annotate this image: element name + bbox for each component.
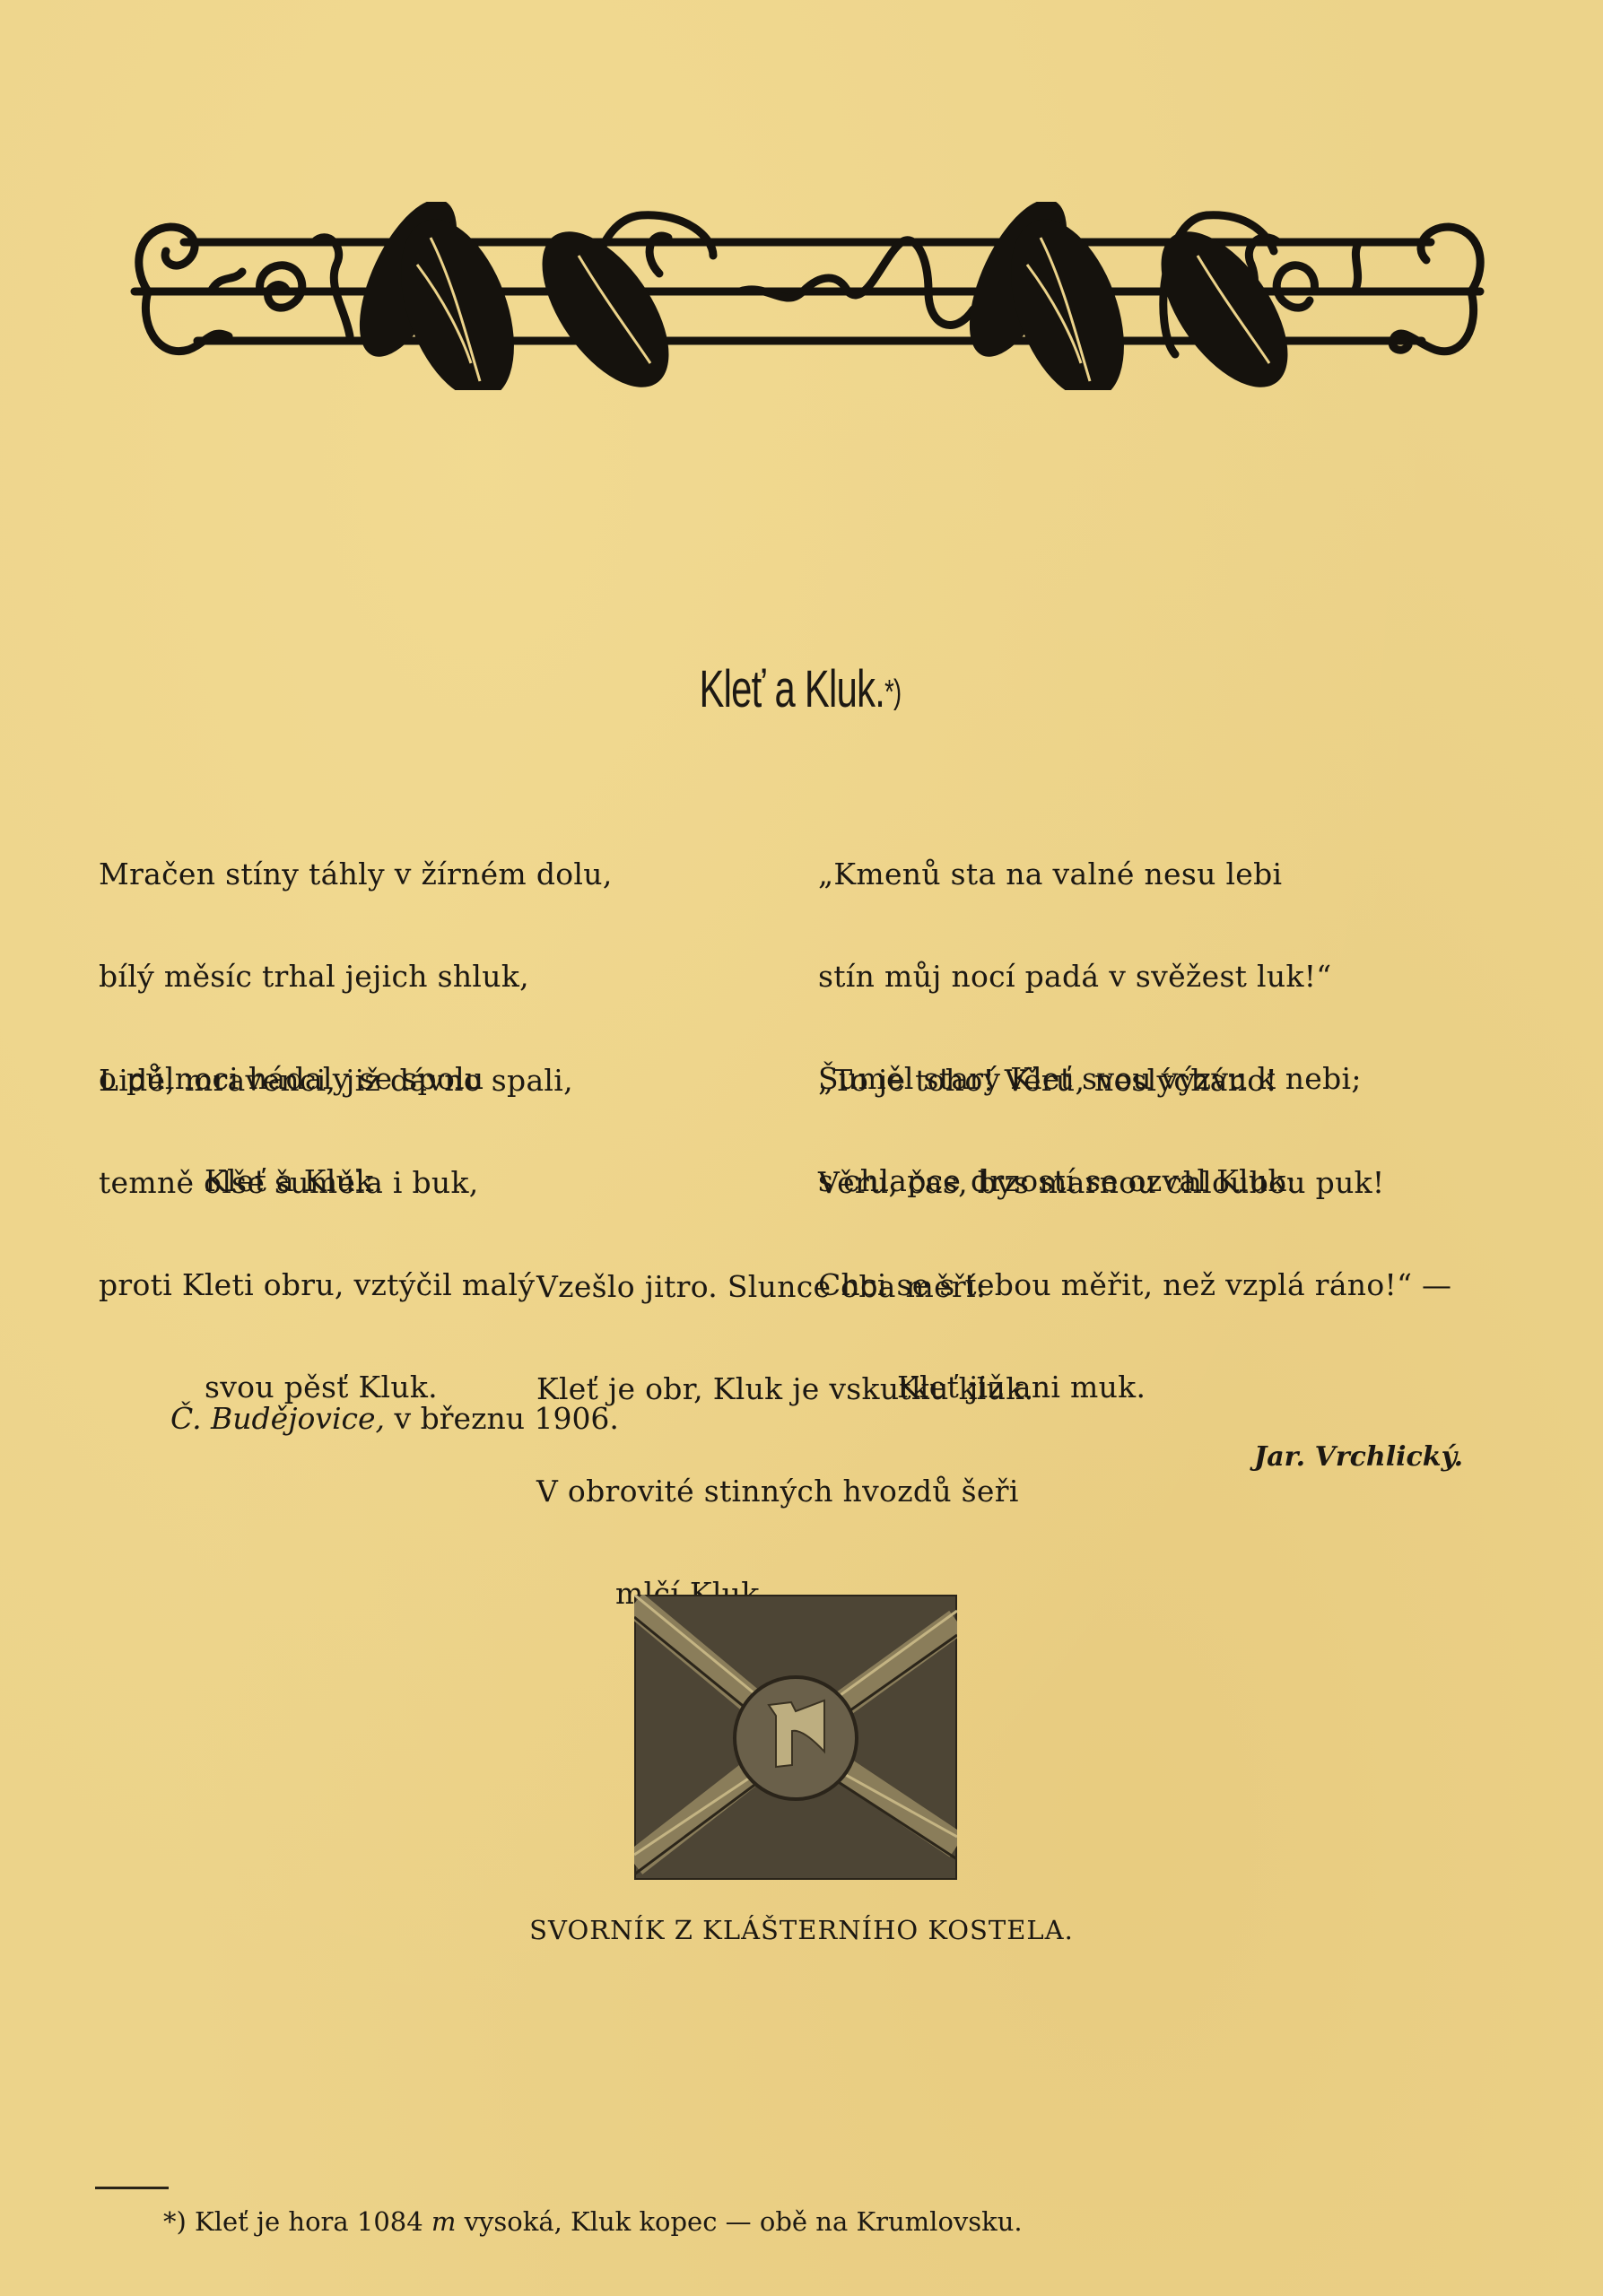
footnote-mark: *) <box>163 2206 187 2237</box>
footnote: *) Kleť je hora 1084 m vysoká, Kluk kope… <box>163 2206 1023 2237</box>
verse-line: Vzešlo jitro. Slunce oba měří: <box>536 1270 1033 1304</box>
author-signature: Jar. Vrchlický. <box>1254 1441 1463 1473</box>
verse-line: Lidé, mravenci, již dávno spali, <box>99 1064 573 1098</box>
verse-line: temně olše šuměla i buk, <box>99 1166 573 1200</box>
verse-line: bílý měsíc trhal jejich shluk, <box>99 960 613 994</box>
place-date: Č. Budějovice, v březnu 1906. <box>170 1401 619 1436</box>
footnote-text-end: vysoká, Kluk kopec — obě na Krumlovsku. <box>456 2206 1022 2237</box>
verse-line: „Kmenů sta na valné nesu lebi <box>818 857 1362 891</box>
footnote-unit: m <box>431 2206 457 2237</box>
verse-line: Mračen stíny táhly v žírném dolu, <box>99 857 613 891</box>
verse-line: Věru, čas, bys marnou chloubou puk! <box>818 1166 1451 1200</box>
footnote-text: Kleť je hora 1084 <box>187 2206 431 2237</box>
footnote-divider <box>95 2187 169 2189</box>
header-ornament-icon <box>121 202 1494 390</box>
verse-line: proti Kleti obru, vztýčil malý <box>99 1268 573 1302</box>
figure-caption: SVORNÍK Z KLÁŠTERNÍHO KOSTELA. <box>0 1915 1603 1945</box>
poem-title: Kleť a Kluk.*) <box>223 659 1378 719</box>
place-name: Č. Budějovice, <box>170 1401 385 1436</box>
stanza-3: Lidé, mravenci, již dávno spali, temně o… <box>99 996 573 1439</box>
date-text: v březnu 1906. <box>385 1401 619 1436</box>
verse-line: „To je toho! Věru, neslýcháno! <box>818 1064 1451 1098</box>
verse-line: stín můj nocí padá v svěžest luk!“ <box>818 960 1362 994</box>
verse-line: V obrovité stinných hvozdů šeři <box>536 1474 1033 1509</box>
verse-line-indented: svou pěsť Kluk. <box>99 1370 573 1405</box>
poem-title-text: Kleť a Kluk. <box>699 660 884 718</box>
keystone-illustration-icon <box>634 1595 957 1880</box>
title-footnote-mark: *) <box>884 674 901 711</box>
